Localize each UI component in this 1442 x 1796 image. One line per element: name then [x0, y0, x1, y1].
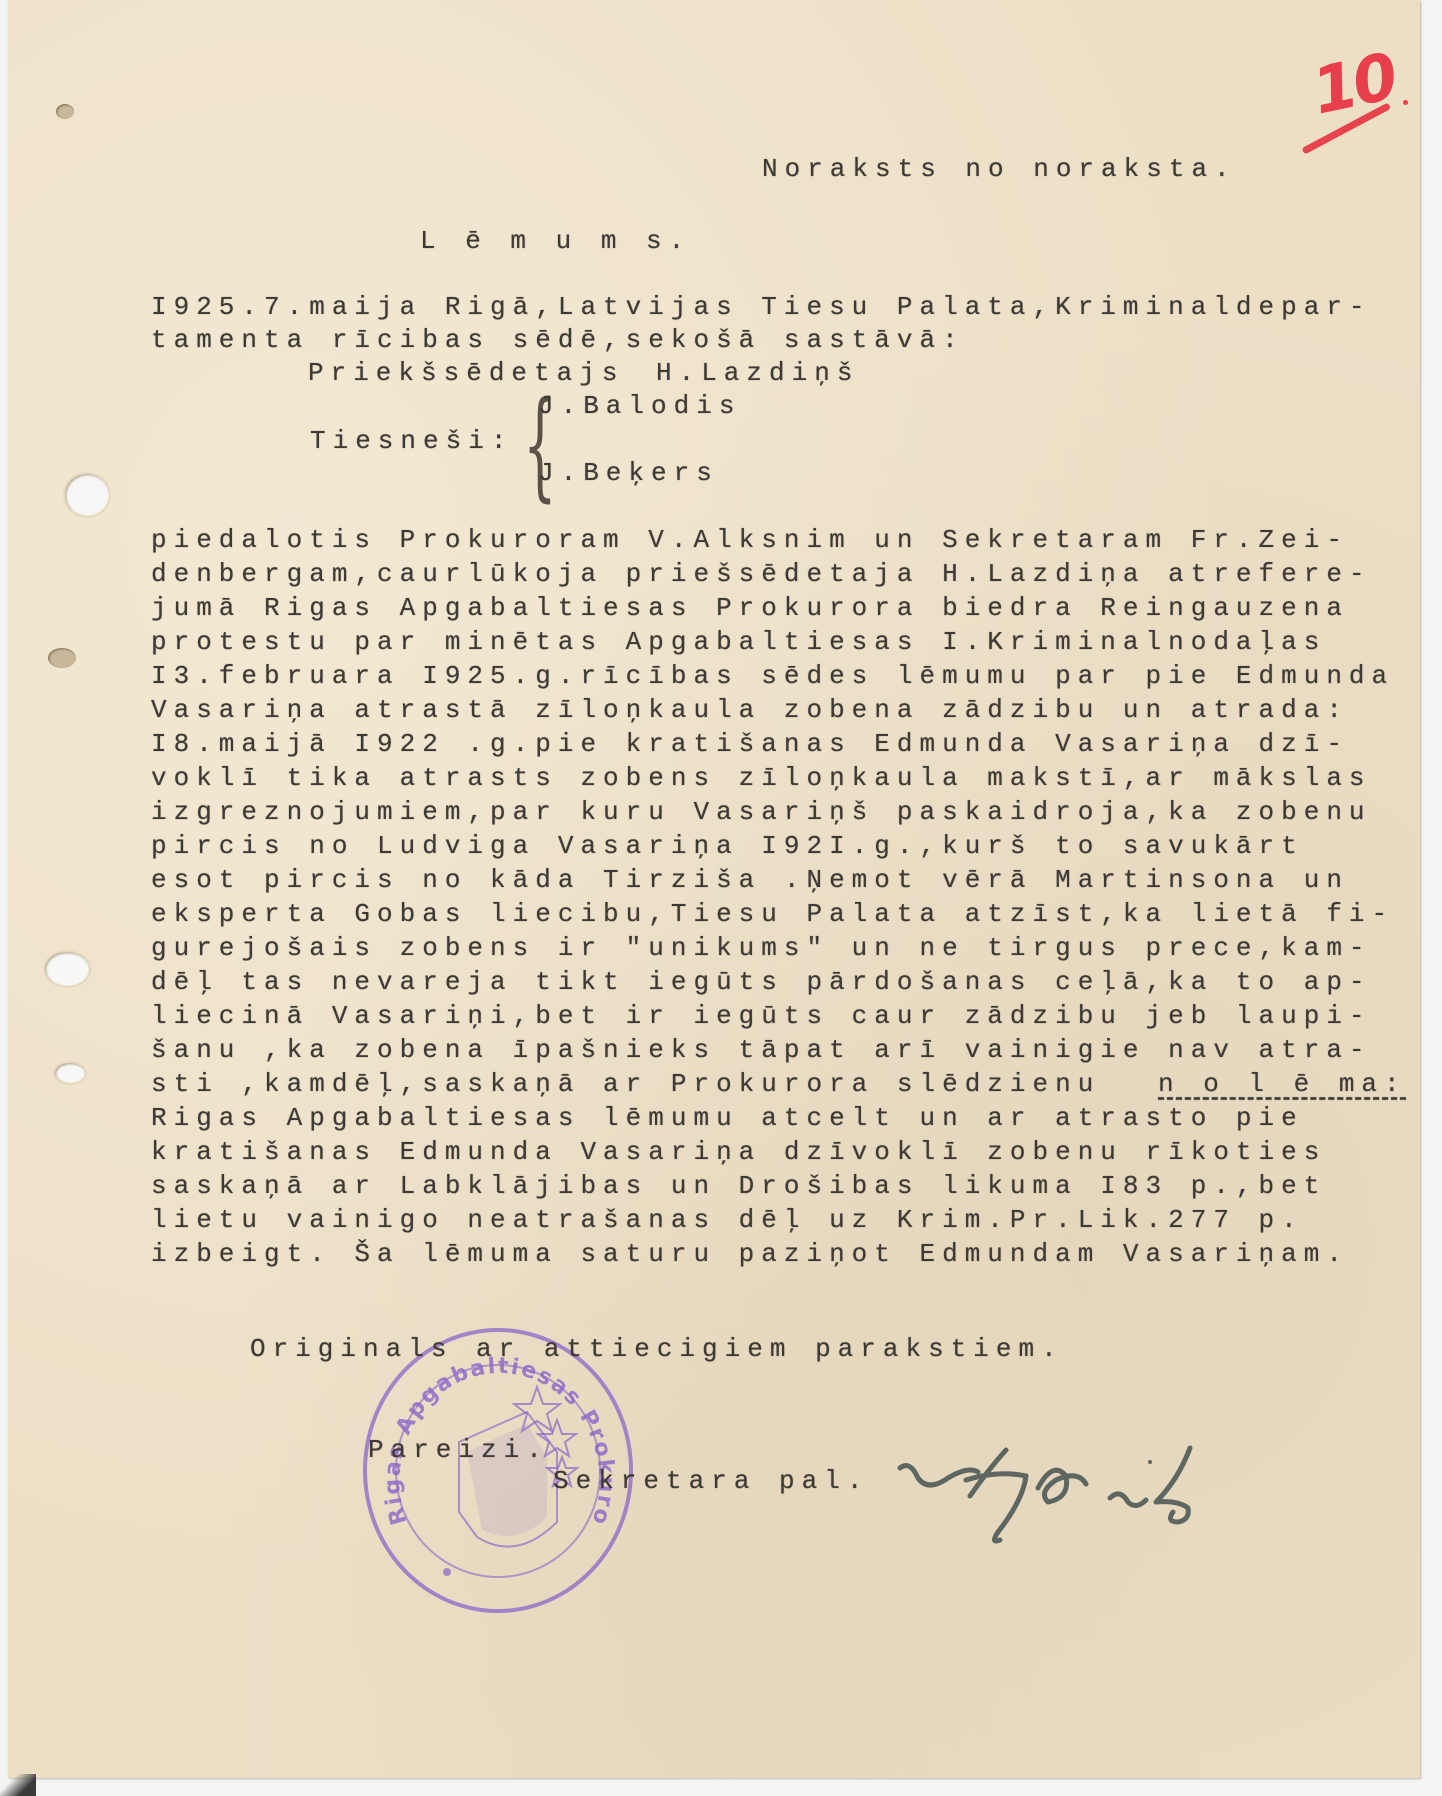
punch-hole — [55, 1063, 85, 1083]
body-line: saskaņā ar Labklājibas un Drošibas likum… — [151, 1173, 1326, 1199]
chairman-label: Priekšsēdetajs — [308, 360, 624, 386]
original-note: Originals ar attiecigiem parakstiem. — [250, 1336, 1064, 1362]
body-line: dēļ tas nevareja tikt iegūts pārdošanas … — [151, 969, 1372, 995]
judge-name: J.Beķers — [538, 460, 719, 486]
body-line: gurejošais zobens ir "unikums" un ne tir… — [151, 935, 1372, 961]
signer-title: Sekretara pal. — [553, 1468, 869, 1494]
body-line: eksperta Gobas liecibu,Tiesu Palata atzī… — [151, 901, 1394, 927]
body-line: Vasariņa atrastā zīloņkaula zobena zādzi… — [151, 697, 1349, 723]
punch-hole — [45, 952, 89, 986]
scan-corner-shadow — [0, 1774, 36, 1796]
body-line: šanu ,ka zobena īpašnieks tāpat arī vain… — [151, 1037, 1372, 1063]
judge-name: J.Balodis — [538, 393, 741, 419]
body-line: pircis no Ludviga Vasariņa I92I.g.,kurš … — [151, 833, 1304, 859]
body-line: izbeigt. Ša lēmuma saturu paziņot Edmund… — [151, 1241, 1349, 1267]
document-title: L ē m u m s. — [420, 228, 691, 254]
judges-label: Tiesneši: — [310, 428, 513, 454]
chairman-name: H.Lazdiņš — [656, 360, 859, 386]
intro-line: I925.7.maija Rigā,Latvijas Tiesu Palata,… — [151, 294, 1372, 320]
body-line: denbergam,caurlūkoja priešsēdetaja H.Laz… — [151, 561, 1372, 587]
body-line: protestu par minētas Apgabaltiesas I.Kri… — [151, 629, 1326, 655]
punch-hole — [65, 474, 109, 516]
decision-word: n o l ē ma: — [1158, 1071, 1407, 1097]
body-line: sti ,kamdēļ,saskaņā ar Prokurora slēdzie… — [151, 1071, 1123, 1097]
body-line: kratišanas Edmunda Vasariņa dzīvoklī zob… — [151, 1139, 1326, 1165]
body-line: Rigas Apgabaltiesas lēmumu atcelt un ar … — [151, 1105, 1304, 1131]
body-line: izgreznojumiem,par kuru Vasariņš paskaid… — [151, 799, 1372, 825]
handwritten-signature — [888, 1440, 1218, 1560]
body-line: lietu vainigo neatrašanas dēļ uz Krim.Pr… — [151, 1207, 1304, 1233]
copy-note: Noraksts no noraksta. — [762, 156, 1237, 182]
page-number-annotation: 10 — [1306, 40, 1401, 129]
document-page: 10 Noraksts no noraksta. L ē m u m s. I9… — [8, 0, 1420, 1778]
red-pencil-dot — [1403, 100, 1408, 105]
punch-hole — [56, 104, 74, 119]
body-line: I8.maijā I922 .g.pie kratišanas Edmunda … — [151, 731, 1349, 757]
body-line: I3.februara I925.g.rīcības sēdes lēmumu … — [151, 663, 1394, 689]
punch-hole — [48, 648, 76, 668]
body-line: esot pircis no kāda Tirziša .Ņemot vērā … — [151, 867, 1349, 893]
intro-line: tamenta rīcibas sēdē,sekošā sastāvā: — [151, 327, 965, 353]
body-line: jumā Rigas Apgabaltiesas Prokurora biedr… — [151, 595, 1349, 621]
certified-label: Pareizi. — [368, 1437, 549, 1463]
body-line: piedalotis Prokuroram V.Alksnim un Sekre… — [151, 527, 1349, 553]
body-line: voklī tika atrasts zobens zīloņkaula mak… — [151, 765, 1372, 791]
body-line: liecinā Vasariņi,bet ir iegūts caur zādz… — [151, 1003, 1372, 1029]
